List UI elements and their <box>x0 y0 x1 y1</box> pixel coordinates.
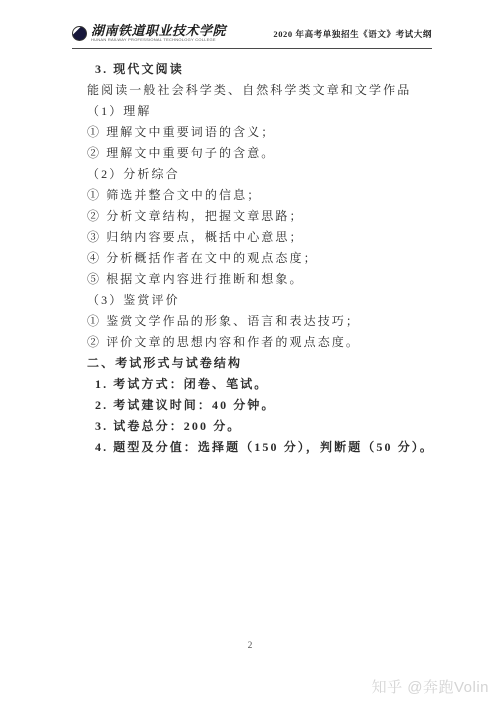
section-3-intro: 能阅读一般社会科学类、自然科学类文章和文学作品 <box>87 80 445 101</box>
subsection-1-item-1: ① 理解文中重要词语的含义； <box>87 122 445 143</box>
document-title: 2020 年高考单独招生《语文》考试大纲 <box>273 28 432 42</box>
exam-format-item-4: 4. 题型及分值：选择题（150 分），判断题（50 分）。 <box>87 437 445 458</box>
subsection-2-item-3: ③ 归纳内容要点，概括中心意思； <box>87 227 445 248</box>
header-rule <box>72 48 432 49</box>
subsection-1-item-2: ② 理解文中重要句子的含意。 <box>87 143 445 164</box>
subsection-3-heading: （3）鉴赏评价 <box>87 290 445 311</box>
subsection-2-item-4: ④ 分析概括作者在文中的观点态度； <box>87 248 445 269</box>
college-logo-text: 湖南铁道职业技术学院 HUNAN RAILWAY PROFESSIONAL TE… <box>91 24 226 42</box>
subsection-3-item-2: ② 评价文章的思想内容和作者的观点态度。 <box>87 332 445 353</box>
document-body: 3. 现代文阅读 能阅读一般社会科学类、自然科学类文章和文学作品 （1）理解 ①… <box>87 59 445 458</box>
college-logo: 湖南铁道职业技术学院 HUNAN RAILWAY PROFESSIONAL TE… <box>72 24 226 42</box>
part-2-heading: 二、考试形式与试卷结构 <box>87 353 445 374</box>
subsection-3-item-1: ① 鉴赏文学作品的形象、语言和表达技巧； <box>87 311 445 332</box>
exam-format-item-3: 3. 试卷总分：200 分。 <box>87 416 445 437</box>
college-logo-icon <box>72 26 87 41</box>
subsection-2-item-1: ① 筛选并整合文中的信息； <box>87 185 445 206</box>
exam-format-item-1: 1. 考试方式：闭卷、笔试。 <box>87 374 445 395</box>
subsection-2-heading: （2）分析综合 <box>87 164 445 185</box>
zhihu-watermark: 知乎 @奔跑Volin <box>372 676 489 697</box>
section-3-heading: 3. 现代文阅读 <box>87 59 445 80</box>
document-page: 湖南铁道职业技术学院 HUNAN RAILWAY PROFESSIONAL TE… <box>0 0 500 706</box>
page-header: 湖南铁道职业技术学院 HUNAN RAILWAY PROFESSIONAL TE… <box>72 24 432 42</box>
page-number: 2 <box>0 641 500 651</box>
subsection-2-item-5: ⑤ 根据文章内容进行推断和想象。 <box>87 269 445 290</box>
college-name-cn: 湖南铁道职业技术学院 <box>91 24 226 37</box>
exam-format-item-2: 2. 考试建议时间：40 分钟。 <box>87 395 445 416</box>
college-name-en: HUNAN RAILWAY PROFESSIONAL TECHNOLOGY CO… <box>91 38 226 42</box>
subsection-1-heading: （1）理解 <box>87 101 445 122</box>
subsection-2-item-2: ② 分析文章结构，把握文章思路； <box>87 206 445 227</box>
